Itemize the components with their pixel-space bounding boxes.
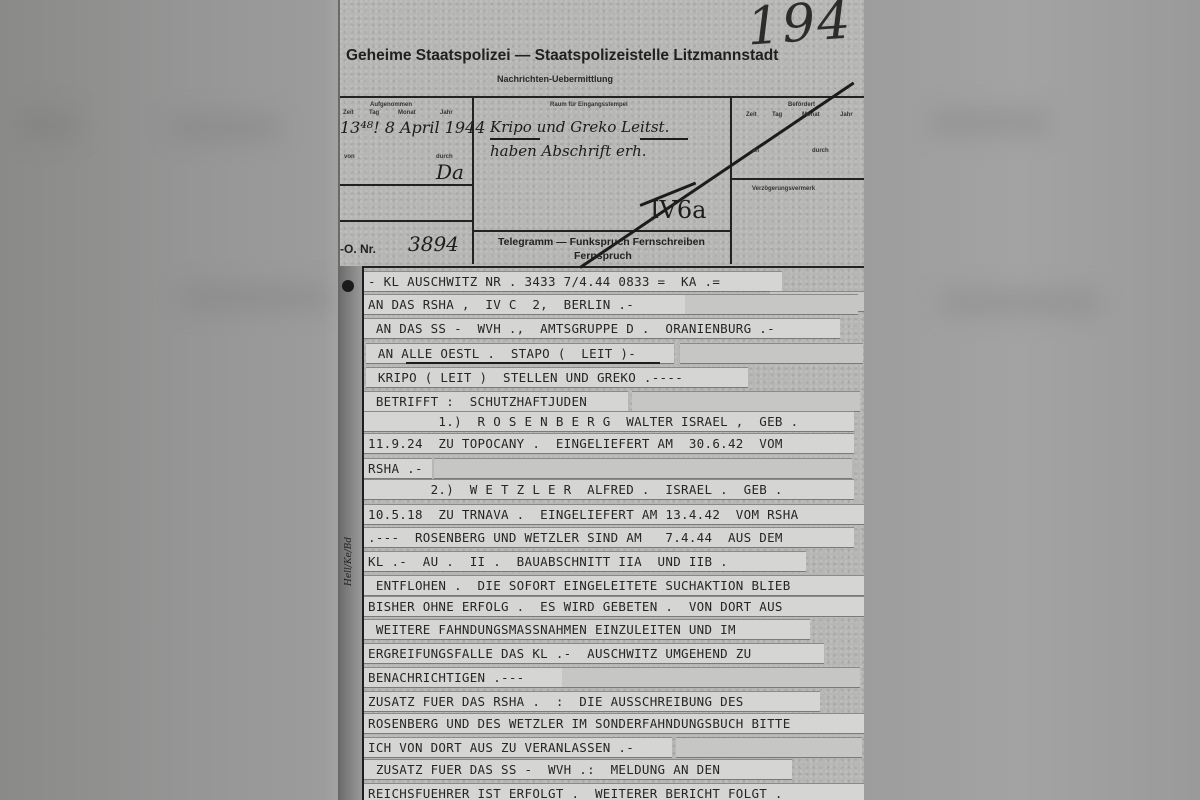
received-von-label: von	[344, 154, 355, 160]
received-col-day: Tag	[369, 110, 379, 116]
telegram-line: KRIPO ( LEIT ) STELLEN UND GREKO .----	[366, 368, 748, 387]
telegram-line: 1.) R O S E N B E R G WALTER ISRAEL , GE…	[364, 412, 854, 431]
telegram-line: KL .- AU . II . BAUABSCHNITT IIA UND IIB…	[364, 552, 806, 571]
margin-note: Hell/Ke/Bd	[344, 537, 354, 586]
sent-col-month: Monat	[802, 112, 820, 118]
document-header-subtitle: Nachrichten-Uebermittlung	[340, 74, 770, 84]
background-blur	[170, 115, 280, 140]
telegram-line: BISHER OHNE ERFOLG . ES WIRD GEBETEN . V…	[364, 597, 864, 616]
sent-col-year: Jahr	[840, 112, 853, 118]
background-blur	[20, 110, 80, 140]
background-blur	[180, 285, 330, 310]
telegram-line: 11.9.24 ZU TOPOCANY . EINGELIEFERT AM 30…	[364, 434, 854, 453]
received-by-initials: Da	[436, 160, 464, 184]
received-col-month: Monat	[398, 110, 416, 116]
sent-col-day: Tag	[772, 112, 782, 118]
telegram-line: 2.) W E T Z L E R ALFRED . ISRAEL . GEB …	[364, 480, 854, 499]
number-value: 3894	[408, 232, 459, 256]
priority-label: Verzögerungsvermerk	[752, 186, 815, 192]
telegram-line: AN ALLE OESTL . STAPO ( LEIT )-	[366, 344, 674, 363]
telegram-line: RSHA .-	[364, 459, 432, 478]
document-header-title: Geheime Staatspolizei — Staatspolizeiste…	[346, 47, 778, 65]
sent-col-time: Zeit	[746, 112, 757, 118]
form-header-grid: Aufgenommen Zeit Tag Monat Jahr 13⁴⁸! 8 …	[340, 96, 864, 268]
telegram-line: BETRIFFT : SCHUTZHAFTJUDEN	[364, 392, 628, 411]
telegram-line: WEITERE FAHNDUNGSMASSNAHMEN EINZULEITEN …	[364, 620, 810, 639]
background-blur	[930, 110, 1050, 135]
strip-filler	[685, 295, 858, 314]
telegram-line: - KL AUSCHWITZ NR . 3433 7/4.44 0833 = K…	[364, 272, 782, 291]
message-type-line1: Telegramm — Funkspruch Fernschreiben	[498, 236, 705, 248]
number-label: -O. Nr.	[340, 242, 376, 256]
stamp-area-label: Raum für Eingangsstempel	[550, 102, 628, 108]
sent-von-label: an	[752, 148, 759, 154]
underline	[406, 362, 660, 364]
sent-label: Befördert	[788, 102, 815, 108]
telegram-document: 194 Geheime Staatspolizei — Staatspolize…	[338, 0, 864, 800]
telegram-line: ENTFLOHEN . DIE SOFORT EINGELEITETE SUCH…	[364, 576, 864, 595]
telegram-line: ERGREIFUNGSFALLE DAS KL .- AUSCHWITZ UMG…	[364, 644, 824, 663]
strip-filler	[562, 668, 860, 687]
telegram-line: REICHSFUEHRER IST ERFOLGT . WEITERER BER…	[364, 784, 864, 800]
telegram-line: BENACHRICHTIGEN .---	[364, 668, 562, 687]
telegram-line: ZUSATZ FUER DAS SS - WVH .: MELDUNG AN D…	[364, 760, 792, 779]
left-margin	[340, 266, 362, 800]
telegram-line: ROSENBERG UND DES WETZLER IM SONDERFAHND…	[364, 714, 864, 733]
telegram-line: ZUSATZ FUER DAS RSHA . : DIE AUSSCHREIBU…	[364, 692, 820, 711]
received-col-time: Zeit	[343, 110, 354, 116]
sent-durch-label: durch	[812, 148, 829, 154]
background-blur	[940, 290, 1100, 315]
telegram-line: 10.5.18 ZU TRNAVA . EINGELIEFERT AM 13.4…	[364, 505, 864, 524]
handwritten-note-line2: haben Abschrift erh.	[490, 142, 647, 160]
strip-filler	[676, 738, 862, 757]
telegram-line: .--- ROSENBERG UND WETZLER SIND AM 7.4.4…	[364, 528, 854, 547]
strip-filler	[434, 459, 852, 478]
received-datetime: 13⁴⁸! 8 April 1944	[340, 118, 485, 137]
message-type-line2: Fernspruch	[574, 250, 632, 262]
received-label: Aufgenommen	[370, 102, 412, 108]
strip-filler	[680, 344, 863, 363]
received-col-year: Jahr	[440, 110, 453, 116]
telegram-line: AN DAS SS - WVH ., AMTSGRUPPE D . ORANIE…	[364, 319, 840, 338]
punch-hole-icon	[342, 280, 354, 292]
handwritten-note-line1: Kripo und Greko Leitst.	[490, 118, 669, 136]
telegram-line: AN DAS RSHA , IV C 2, BERLIN .-	[364, 295, 692, 314]
telegram-line: ICH VON DORT AUS ZU VERANLASSEN .-	[364, 738, 672, 757]
strip-filler	[632, 392, 860, 411]
telegram-body: Hell/Ke/Bd - KL AUSCHWITZ NR . 3433 7/4.…	[340, 266, 864, 800]
